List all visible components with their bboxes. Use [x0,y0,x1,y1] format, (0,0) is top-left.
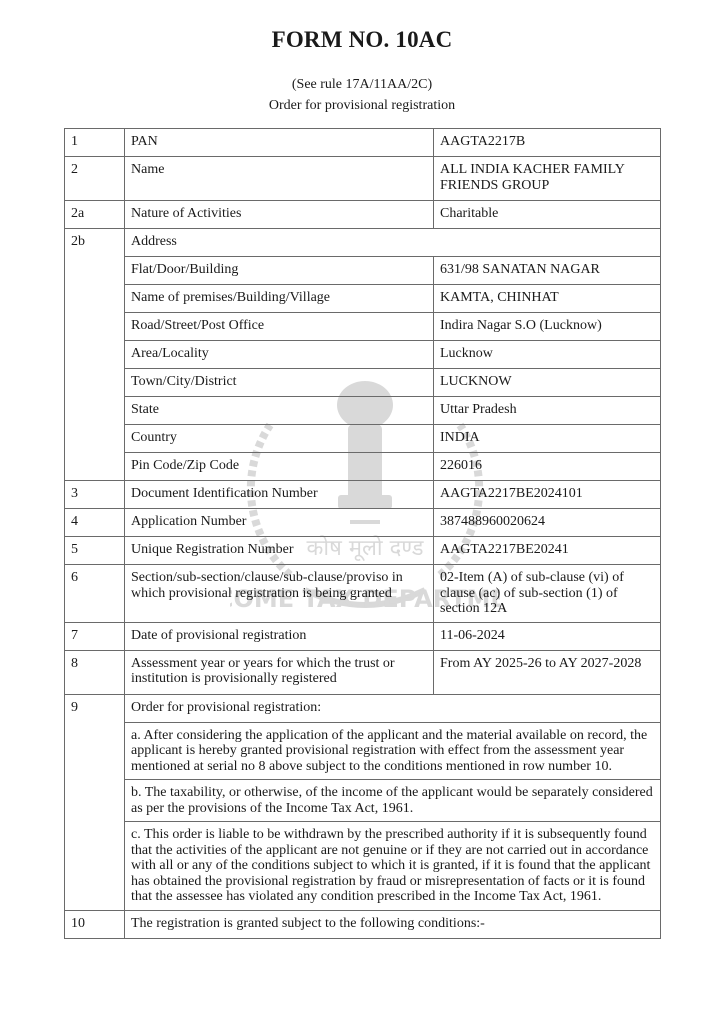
table-row-date: 7 Date of provisional registration 11-06… [65,622,661,650]
order-heading: Order for provisional registration [0,95,724,116]
row-label: Nature of Activities [125,201,434,229]
row-label: PAN [125,129,434,157]
address-field-value: 631/98 SANATAN NAGAR [434,257,661,285]
row-label: Assessment year or years for which the t… [125,650,434,694]
section-value: 02-Item (A) of sub-clause (vi) of clause… [434,565,661,623]
address-field-label: Pin Code/Zip Code [125,453,434,481]
din-value: AAGTA2217BE2024101 [434,481,661,509]
address-row: Name of premises/Building/Village KAMTA,… [65,285,661,313]
address-field-label: Country [125,425,434,453]
address-field-value: KAMTA, CHINHAT [434,285,661,313]
table-row-application-number: 4 Application Number 387488960020624 [65,509,661,537]
table-row-conditions: 10 The registration is granted subject t… [65,910,661,938]
row-number: 4 [65,509,125,537]
table-row-pan: 1 PAN AAGTA2217B [65,129,661,157]
assessment-year-value: From AY 2025-26 to AY 2027-2028 [434,650,661,694]
row-label: Document Identification Number [125,481,434,509]
row-label: Address [125,229,661,257]
table-row-name: 2 Name ALL INDIA KACHER FAMILY FRIENDS G… [65,157,661,201]
row-number: 2b [65,229,125,481]
date-value: 11-06-2024 [434,622,661,650]
nature-value: Charitable [434,201,661,229]
address-field-label: Town/City/District [125,369,434,397]
row-number: 1 [65,129,125,157]
row-label: Name [125,157,434,201]
row-number: 5 [65,537,125,565]
row-number: 10 [65,910,125,938]
address-field-value: Uttar Pradesh [434,397,661,425]
table-row-nature: 2a Nature of Activities Charitable [65,201,661,229]
row-label: Application Number [125,509,434,537]
address-row: Flat/Door/Building 631/98 SANATAN NAGAR [65,257,661,285]
application-number-value: 387488960020624 [434,509,661,537]
urn-value: AAGTA2217BE20241 [434,537,661,565]
address-row: Road/Street/Post Office Indira Nagar S.O… [65,313,661,341]
address-row: Area/Locality Lucknow [65,341,661,369]
address-row: State Uttar Pradesh [65,397,661,425]
address-field-label: Flat/Door/Building [125,257,434,285]
row-number: 2 [65,157,125,201]
address-field-value: INDIA [434,425,661,453]
row-number: 3 [65,481,125,509]
address-field-label: Name of premises/Building/Village [125,285,434,313]
address-field-label: Road/Street/Post Office [125,313,434,341]
table-row-address: 2b Address [65,229,661,257]
row-label: Order for provisional registration: [125,694,661,722]
pan-value: AAGTA2217B [434,129,661,157]
table-row-din: 3 Document Identification Number AAGTA22… [65,481,661,509]
address-field-value: 226016 [434,453,661,481]
table-row-assessment-year: 8 Assessment year or years for which the… [65,650,661,694]
conditions-label: The registration is granted subject to t… [125,910,661,938]
row-number: 2a [65,201,125,229]
row-number: 8 [65,650,125,694]
order-paragraph-row: a. After considering the application of … [65,722,661,780]
address-row: Town/City/District LUCKNOW [65,369,661,397]
form-subtitle-block: (See rule 17A/11AA/2C) Order for provisi… [0,74,724,116]
table-row-urn: 5 Unique Registration Number AAGTA2217BE… [65,537,661,565]
address-field-value: LUCKNOW [434,369,661,397]
order-paragraph-row: b. The taxability, or otherwise, of the … [65,780,661,822]
name-value: ALL INDIA KACHER FAMILY FRIENDS GROUP [434,157,661,201]
address-row: Pin Code/Zip Code 226016 [65,453,661,481]
order-paragraph-c: c. This order is liable to be withdrawn … [125,822,661,911]
row-number: 9 [65,694,125,910]
address-row: Country INDIA [65,425,661,453]
order-paragraph-a: a. After considering the application of … [125,722,661,780]
form-page: FORM NO. 10AC (See rule 17A/11AA/2C) Ord… [0,0,724,1024]
row-label: Unique Registration Number [125,537,434,565]
row-label: Section/sub-section/clause/sub-clause/pr… [125,565,434,623]
address-field-label: State [125,397,434,425]
form-title: FORM NO. 10AC [0,27,724,53]
address-field-value: Indira Nagar S.O (Lucknow) [434,313,661,341]
order-paragraph-b: b. The taxability, or otherwise, of the … [125,780,661,822]
row-number: 7 [65,622,125,650]
table-row-section: 6 Section/sub-section/clause/sub-clause/… [65,565,661,623]
rule-reference: (See rule 17A/11AA/2C) [0,74,724,95]
row-label: Date of provisional registration [125,622,434,650]
address-field-label: Area/Locality [125,341,434,369]
order-paragraph-row: c. This order is liable to be withdrawn … [65,822,661,911]
row-number: 6 [65,565,125,623]
registration-table: 1 PAN AAGTA2217B 2 Name ALL INDIA KACHER… [64,128,661,939]
table-row-order: 9 Order for provisional registration: [65,694,661,722]
address-field-value: Lucknow [434,341,661,369]
